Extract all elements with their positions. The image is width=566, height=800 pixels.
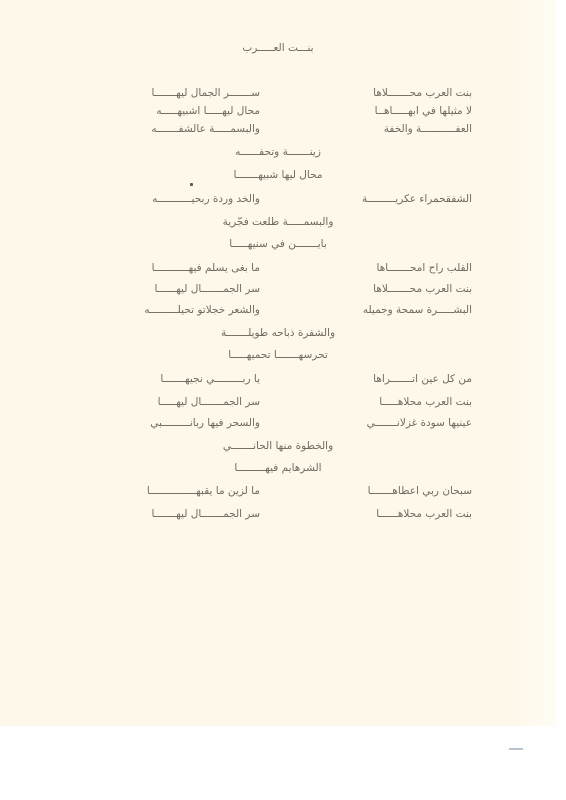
verse-first-half: من كل عين اتـــــــراها xyxy=(322,373,472,385)
poem-line: الشرهايم فيهـــــــــا xyxy=(0,462,556,478)
poem-line: القلب راح امحـــــــاهاما بغى يسلم فيهــ… xyxy=(0,262,556,278)
refrain-line: بايـــــــن في سنيهـــــا xyxy=(0,238,556,250)
poem-line: زينـــــــة وتحفــــــه xyxy=(0,146,556,162)
verse-second-half: يا ربـــــــــي نجيهـــــــا xyxy=(80,373,260,385)
poem-line: محال ليها شبيهـــــــا xyxy=(0,169,556,185)
scan-mark xyxy=(509,748,523,750)
verse-second-half: محال ليهـــــا اشبيهـــــه xyxy=(80,105,260,117)
verse-first-half: عينيها سودة غزلانـــــــي xyxy=(322,417,472,429)
verse-first-half: بنت العرب محـــــــلاها xyxy=(322,283,472,295)
poem-line: تحرسهـــــــا تحميهـــــا xyxy=(0,349,556,365)
refrain-line: محال ليها شبيهـــــــا xyxy=(0,169,556,181)
verse-second-half: سر الجمـــــــال ليهـــــا xyxy=(80,396,260,408)
scanned-page: بنـــت العـــــرب بنت العرب محـــــــلاه… xyxy=(0,0,556,726)
refrain-line: الشرهايم فيهـــــــــا xyxy=(0,462,556,474)
poem-line: بنت العرب محلاهـــــاسر الجمـــــــال لي… xyxy=(0,396,556,412)
refrain-line: والخطوة منها الحانـــــــي xyxy=(0,440,556,452)
verse-second-half: ســـــــر الجمال ليهـــــــا xyxy=(80,87,260,99)
poem-line: البشـــــرة سمحة وجميلهوالشعر خجلاتو تحي… xyxy=(0,304,556,320)
verse-first-half: العفـــــــــــة والخفة xyxy=(322,123,472,135)
verse-first-half: بنت العرب محلاهـــــا xyxy=(322,396,472,408)
verse-second-half: والشعر خجلاتو تحيلـــــــــه xyxy=(80,304,260,316)
verse-second-half: ما لزين ما يقبهـــــــــــــــا xyxy=(80,485,260,497)
verse-first-half: بنت العرب محلاهــــــا xyxy=(322,508,472,520)
poem-line: سبحان ربي اعطاهـــــــاما لزين ما يقبهــ… xyxy=(0,485,556,501)
poem-title: بنـــت العـــــرب xyxy=(0,42,556,54)
poem-line: من كل عين اتـــــــراهايا ربـــــــــي ن… xyxy=(0,373,556,389)
refrain-line: تحرسهـــــــا تحميهـــــا xyxy=(0,349,556,361)
verse-second-half: سر الجمـــــــال ليهــــــا xyxy=(80,283,260,295)
poem-line: والخطوة منها الحانـــــــي xyxy=(0,440,556,456)
poem-line: والشفرة ذباحه طويلـــــــة xyxy=(0,327,556,343)
poem-line: بنت العرب محلاهــــــاسر الجمـــــــال ل… xyxy=(0,508,556,524)
verse-first-half: بنت العرب محـــــــلاها xyxy=(322,87,472,99)
verse-first-half: سبحان ربي اعطاهـــــــا xyxy=(322,485,472,497)
refrain-line: والبسمـــــة طلعت فجّرية xyxy=(0,216,556,228)
verse-second-half: ما بغى يسلم فيهـــــــــــا xyxy=(80,262,260,274)
verse-first-half: البشـــــرة سمحة وجميله xyxy=(322,304,472,316)
poem-line: بنت العرب محـــــــلاهاســـــــر الجمال … xyxy=(0,87,556,103)
poem-line: الشفقحمراء عكريـــــــــةوالخد وردة ربحي… xyxy=(0,193,556,209)
refrain-line: والشفرة ذباحه طويلـــــــة xyxy=(0,327,556,339)
poem-line: بنت العرب محـــــــلاهاسر الجمـــــــال … xyxy=(0,283,556,299)
poem-line: العفـــــــــــة والخفةوالبسمـــــة عالش… xyxy=(0,123,556,139)
poem-line: لا مثيلها في ابهـــــاهــامحال ليهـــــا… xyxy=(0,105,556,121)
verse-second-half: والبسمـــــة عالشفـــــــه xyxy=(80,123,260,135)
poem-line: بايـــــــن في سنيهـــــا xyxy=(0,238,556,254)
poem-line: عينيها سودة غزلانـــــــيوالسحر فيها ربا… xyxy=(0,417,556,433)
verse-first-half: الشفقحمراء عكريـــــــــة xyxy=(322,193,472,205)
verse-first-half: لا مثيلها في ابهـــــاهــا xyxy=(322,105,472,117)
verse-first-half: القلب راح امحـــــــاها xyxy=(322,262,472,274)
poem-line: والبسمـــــة طلعت فجّرية xyxy=(0,216,556,232)
refrain-line: زينـــــــة وتحفــــــه xyxy=(0,146,556,158)
ink-speck xyxy=(190,183,193,186)
verse-second-half: سر الجمـــــــال ليهـــــــا xyxy=(80,508,260,520)
verse-second-half: والخد وردة ربحيـــــــــــه xyxy=(80,193,260,205)
verse-second-half: والسحر فيها ربانـــــــــبي xyxy=(80,417,260,429)
